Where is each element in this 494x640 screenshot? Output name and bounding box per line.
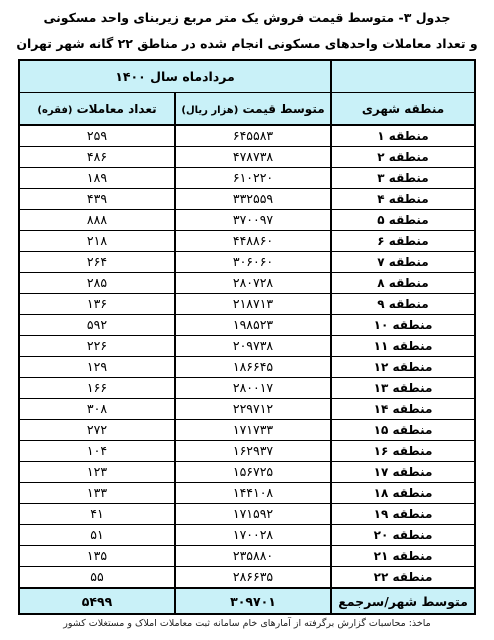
cell-price: ۲۰۹۷۳۸ [175, 336, 331, 357]
cell-price: ۲۲۹۷۱۲ [175, 399, 331, 420]
cell-price: ۳۷۰۰۹۷ [175, 210, 331, 231]
cell-price: ۱۷۰۰۲۸ [175, 525, 331, 546]
table-row: منطقه ۶۴۴۸۸۶۰۲۱۸ [19, 231, 475, 252]
cell-region: منطقه ۶ [331, 231, 475, 252]
cell-region: منطقه ۱۳ [331, 378, 475, 399]
cell-count: ۱۰۴ [19, 441, 175, 462]
cell-region: منطقه ۱۶ [331, 441, 475, 462]
cell-price: ۱۷۱۵۹۲ [175, 504, 331, 525]
table-row: منطقه ۱۹۱۷۱۵۹۲۴۱ [19, 504, 475, 525]
table-row: منطقه ۲۴۷۸۷۳۸۴۸۶ [19, 147, 475, 168]
cell-region: منطقه ۱۲ [331, 357, 475, 378]
table-row: منطقه ۱۱۲۰۹۷۳۸۲۲۶ [19, 336, 475, 357]
cell-region: منطقه ۲۰ [331, 525, 475, 546]
total-row: متوسط شهر/سرجمع ۳۰۹۷۰۱ ۵۴۹۹ [19, 588, 475, 614]
cell-count: ۱۳۶ [19, 294, 175, 315]
table-body: منطقه ۱۶۴۵۵۸۳۲۵۹منطقه ۲۴۷۸۷۳۸۴۸۶منطقه ۳۶… [19, 125, 475, 588]
table-row: منطقه ۲۰۱۷۰۰۲۸۵۱ [19, 525, 475, 546]
cell-region: منطقه ۲۱ [331, 546, 475, 567]
period-header-row: مردادماه سال ۱۴۰۰ [19, 60, 475, 93]
cell-count: ۴۱ [19, 504, 175, 525]
cell-price: ۱۶۲۹۳۷ [175, 441, 331, 462]
cell-price: ۶۱۰۲۲۰ [175, 168, 331, 189]
cell-count: ۴۳۹ [19, 189, 175, 210]
table-row: منطقه ۱۰۱۹۸۵۲۳۵۹۲ [19, 315, 475, 336]
cell-count: ۲۸۵ [19, 273, 175, 294]
column-header-row: منطقه شهری متوسط قیمت (هزار ریال) تعداد … [19, 93, 475, 126]
cell-count: ۳۰۸ [19, 399, 175, 420]
cell-count: ۸۸۸ [19, 210, 175, 231]
cell-count: ۵۵ [19, 567, 175, 589]
column-header-count: تعداد معاملات (فقره) [19, 93, 175, 126]
table-row: منطقه ۹۲۱۸۷۱۳۱۳۶ [19, 294, 475, 315]
total-count: ۵۴۹۹ [19, 588, 175, 614]
cell-count: ۲۶۴ [19, 252, 175, 273]
cell-count: ۵۹۲ [19, 315, 175, 336]
housing-price-table: مردادماه سال ۱۴۰۰ منطقه شهری متوسط قیمت … [18, 59, 476, 615]
cell-price: ۴۴۸۸۶۰ [175, 231, 331, 252]
column-header-price-unit: (هزار ریال) [181, 105, 238, 116]
period-header-spacer [331, 60, 475, 93]
cell-price: ۲۳۵۸۸۰ [175, 546, 331, 567]
source-note: ماخذ: محاسبات گزارش برگرفته از آمارهای خ… [0, 618, 494, 629]
column-header-count-unit: (فقره) [37, 105, 72, 116]
table-title-line2: و تعداد معاملات واحدهای مسکونی انجام شده… [0, 31, 494, 57]
cell-region: منطقه ۹ [331, 294, 475, 315]
cell-region: منطقه ۱۷ [331, 462, 475, 483]
column-header-region: منطقه شهری [331, 93, 475, 126]
column-header-price-label: متوسط قیمت [242, 102, 324, 116]
cell-price: ۱۵۶۷۲۵ [175, 462, 331, 483]
table-row: منطقه ۱۶۱۶۲۹۳۷۱۰۴ [19, 441, 475, 462]
table-row: منطقه ۲۲۲۸۶۶۳۵۵۵ [19, 567, 475, 589]
cell-count: ۵۱ [19, 525, 175, 546]
cell-price: ۲۸۰۰۱۷ [175, 378, 331, 399]
cell-region: منطقه ۱۱ [331, 336, 475, 357]
cell-count: ۲۵۹ [19, 125, 175, 147]
table-row: منطقه ۵۳۷۰۰۹۷۸۸۸ [19, 210, 475, 231]
cell-price: ۳۳۲۵۵۹ [175, 189, 331, 210]
cell-count: ۱۸۹ [19, 168, 175, 189]
cell-price: ۲۸۶۶۳۵ [175, 567, 331, 589]
cell-price: ۶۴۵۵۸۳ [175, 125, 331, 147]
column-header-count-label: تعداد معاملات [77, 102, 157, 116]
cell-count: ۲۷۲ [19, 420, 175, 441]
cell-price: ۲۱۸۷۱۳ [175, 294, 331, 315]
table-row: منطقه ۱۴۲۲۹۷۱۲۳۰۸ [19, 399, 475, 420]
cell-region: منطقه ۸ [331, 273, 475, 294]
cell-price: ۳۰۶۰۶۰ [175, 252, 331, 273]
report-page: جدول ۳- متوسط قیمت فروش یک متر مربع زیرب… [0, 0, 494, 640]
table-title: جدول ۳- متوسط قیمت فروش یک متر مربع زیرب… [0, 0, 494, 57]
table-title-line1: جدول ۳- متوسط قیمت فروش یک متر مربع زیرب… [0, 5, 494, 31]
column-header-price: متوسط قیمت (هزار ریال) [175, 93, 331, 126]
cell-count: ۱۲۳ [19, 462, 175, 483]
table-header: مردادماه سال ۱۴۰۰ منطقه شهری متوسط قیمت … [19, 60, 475, 125]
table-row: منطقه ۱۶۴۵۵۸۳۲۵۹ [19, 125, 475, 147]
table-footer: متوسط شهر/سرجمع ۳۰۹۷۰۱ ۵۴۹۹ [19, 588, 475, 614]
cell-count: ۴۸۶ [19, 147, 175, 168]
cell-price: ۱۷۱۷۳۳ [175, 420, 331, 441]
table-row: منطقه ۲۱۲۳۵۸۸۰۱۳۵ [19, 546, 475, 567]
table-row: منطقه ۸۲۸۰۷۲۸۲۸۵ [19, 273, 475, 294]
cell-region: منطقه ۴ [331, 189, 475, 210]
cell-region: منطقه ۱۹ [331, 504, 475, 525]
table-row: منطقه ۱۲۱۸۶۶۴۵۱۲۹ [19, 357, 475, 378]
cell-count: ۱۲۹ [19, 357, 175, 378]
cell-region: منطقه ۲ [331, 147, 475, 168]
cell-region: منطقه ۳ [331, 168, 475, 189]
cell-region: منطقه ۱۵ [331, 420, 475, 441]
cell-region: منطقه ۵ [331, 210, 475, 231]
cell-region: منطقه ۱۸ [331, 483, 475, 504]
cell-region: منطقه ۷ [331, 252, 475, 273]
period-header: مردادماه سال ۱۴۰۰ [19, 60, 331, 93]
table-row: منطقه ۱۸۱۴۴۱۰۸۱۳۳ [19, 483, 475, 504]
cell-region: منطقه ۱ [331, 125, 475, 147]
cell-price: ۱۴۴۱۰۸ [175, 483, 331, 504]
cell-count: ۱۳۵ [19, 546, 175, 567]
table-row: منطقه ۱۵۱۷۱۷۳۳۲۷۲ [19, 420, 475, 441]
total-price: ۳۰۹۷۰۱ [175, 588, 331, 614]
cell-count: ۲۲۶ [19, 336, 175, 357]
cell-price: ۲۸۰۷۲۸ [175, 273, 331, 294]
table-row: منطقه ۷۳۰۶۰۶۰۲۶۴ [19, 252, 475, 273]
cell-price: ۱۸۶۶۴۵ [175, 357, 331, 378]
cell-count: ۱۳۳ [19, 483, 175, 504]
cell-count: ۱۶۶ [19, 378, 175, 399]
cell-price: ۱۹۸۵۲۳ [175, 315, 331, 336]
cell-count: ۲۱۸ [19, 231, 175, 252]
cell-region: منطقه ۱۰ [331, 315, 475, 336]
total-label: متوسط شهر/سرجمع [331, 588, 475, 614]
cell-region: منطقه ۱۴ [331, 399, 475, 420]
table-row: منطقه ۴۳۳۲۵۵۹۴۳۹ [19, 189, 475, 210]
table-row: منطقه ۳۶۱۰۲۲۰۱۸۹ [19, 168, 475, 189]
cell-region: منطقه ۲۲ [331, 567, 475, 589]
cell-price: ۴۷۸۷۳۸ [175, 147, 331, 168]
table-row: منطقه ۱۷۱۵۶۷۲۵۱۲۳ [19, 462, 475, 483]
table-row: منطقه ۱۳۲۸۰۰۱۷۱۶۶ [19, 378, 475, 399]
